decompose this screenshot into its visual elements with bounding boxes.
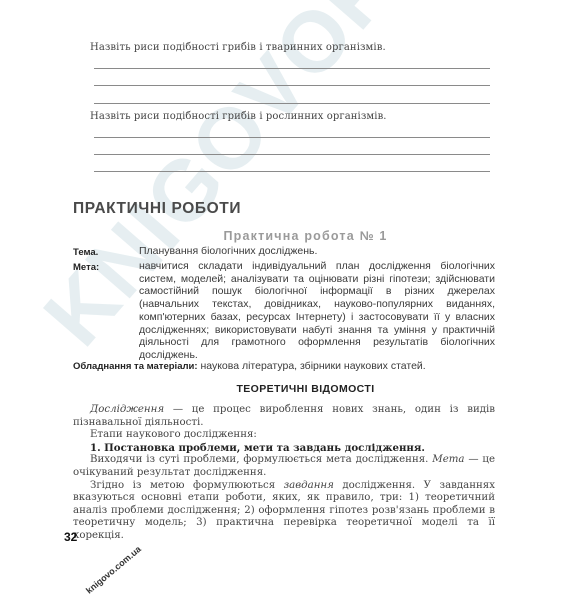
goal-value: навчитися складати індивідуальний план д… xyxy=(139,260,495,362)
step-heading: 1. Постановка проблеми, мети та завдань … xyxy=(73,442,495,455)
answer-line[interactable] xyxy=(94,85,490,86)
watermark-url: knigovo.com.ua xyxy=(84,544,143,596)
goal-label: Мета: xyxy=(73,262,99,273)
term: завдання xyxy=(284,480,334,491)
textbook-page: KNIGOVORG.UA Назвіть риси подібності гри… xyxy=(0,0,571,600)
answer-line[interactable] xyxy=(94,137,490,138)
term: Дослідження xyxy=(90,404,164,415)
theory-paragraph: Дослідження — це процес вироблення нових… xyxy=(73,404,495,429)
equipment-value: наукова література, збірники наукових ст… xyxy=(200,360,425,372)
equipment: Обладнання та матеріали: наукова літерат… xyxy=(73,360,426,372)
theory-paragraph: Згідно із метою формулюються завдання до… xyxy=(73,480,495,543)
section-title: ПРАКТИЧНІ РОБОТИ xyxy=(73,200,241,218)
equipment-label: Обладнання та матеріали: xyxy=(73,361,198,372)
topic-label: Тема. xyxy=(73,247,98,258)
theory-body: Дослідження — це процес вироблення нових… xyxy=(73,404,495,543)
theory-title: ТЕОРЕТИЧНІ ВІДОМОСТІ xyxy=(0,383,571,395)
answer-line[interactable] xyxy=(94,68,490,69)
question-plants: Назвіть риси подібності грибів і рослинн… xyxy=(90,111,387,122)
topic-value: Планування біологічних досліджень. xyxy=(139,245,495,258)
term: Мета xyxy=(432,454,464,465)
answer-line[interactable] xyxy=(94,103,490,104)
question-animals: Назвіть риси подібності грибів і тваринн… xyxy=(90,42,386,53)
answer-line[interactable] xyxy=(94,154,490,155)
answer-line[interactable] xyxy=(94,171,490,172)
page-number: 32 xyxy=(64,530,77,544)
theory-paragraph: Виходячи із суті проблеми, формулюється … xyxy=(73,454,495,479)
work-title: Практична робота № 1 xyxy=(0,229,571,243)
theory-paragraph: Етапи наукового дослідження: xyxy=(73,429,495,442)
